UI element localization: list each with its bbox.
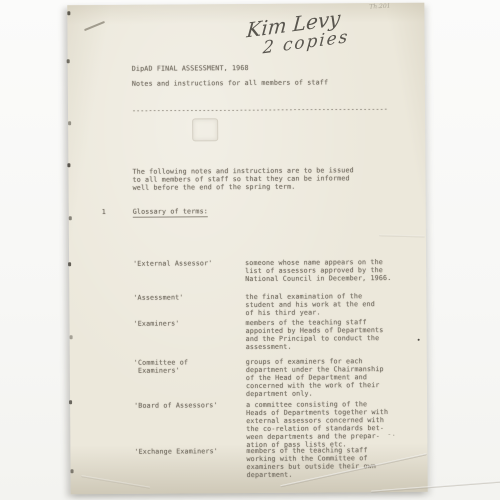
glossary-term: 'Committee of Examiners': [134, 358, 188, 374]
glossary-definition: someone whose name appears on the list o…: [245, 258, 391, 283]
glossary-definition: the final examination of the student and…: [245, 292, 375, 317]
glossary-definition: members of the teaching staff working wi…: [246, 446, 376, 479]
pencil-tick-mark: [84, 21, 105, 31]
paper-crease: [81, 475, 150, 489]
glossary-definition: a committee consisting of the Heads of D…: [246, 400, 388, 449]
embossed-stamp-mark: [192, 118, 218, 141]
glossary-term: 'Examiners': [133, 319, 179, 327]
intro-paragraph: The following notes and instructions are…: [132, 166, 354, 192]
photo-background: Th.201 Kim Levy 2 copies DipAD FINAL ASS…: [0, 0, 500, 500]
paper-crease: [379, 234, 425, 237]
document-title: DipAD FINAL ASSESSMENT, 1968: [132, 64, 249, 73]
paper-crease: [371, 481, 500, 493]
glossary-definition: members of the teaching staff appointed …: [245, 318, 383, 351]
ink-speck: [418, 339, 420, 341]
document-subtitle: Notes and instructions for all members o…: [132, 78, 328, 87]
pencil-dash-mark: -.: [387, 430, 396, 439]
glossary-term: 'Assessment': [133, 293, 183, 301]
glossary-term: 'Board of Assessors': [134, 401, 218, 410]
glossary-definition: groups of examiners for each department …: [246, 357, 384, 398]
section-number: 1: [102, 208, 106, 216]
typed-divider-line: ----------------------------------------…: [132, 105, 392, 115]
section-heading: Glossary of terms:: [133, 207, 208, 216]
paper: Th.201 Kim Levy 2 copies DipAD FINAL ASS…: [67, 3, 427, 494]
glossary-term: 'Exchange Examiners': [134, 447, 218, 456]
glossary-term: 'External Assessor': [133, 259, 212, 268]
torn-edge-specks: [67, 11, 70, 15]
pencil-reference-note: Th.201: [369, 3, 391, 11]
handwritten-note: Kim Levy 2 copies: [244, 7, 351, 60]
section-heading-text: Glossary of terms:: [133, 207, 208, 218]
